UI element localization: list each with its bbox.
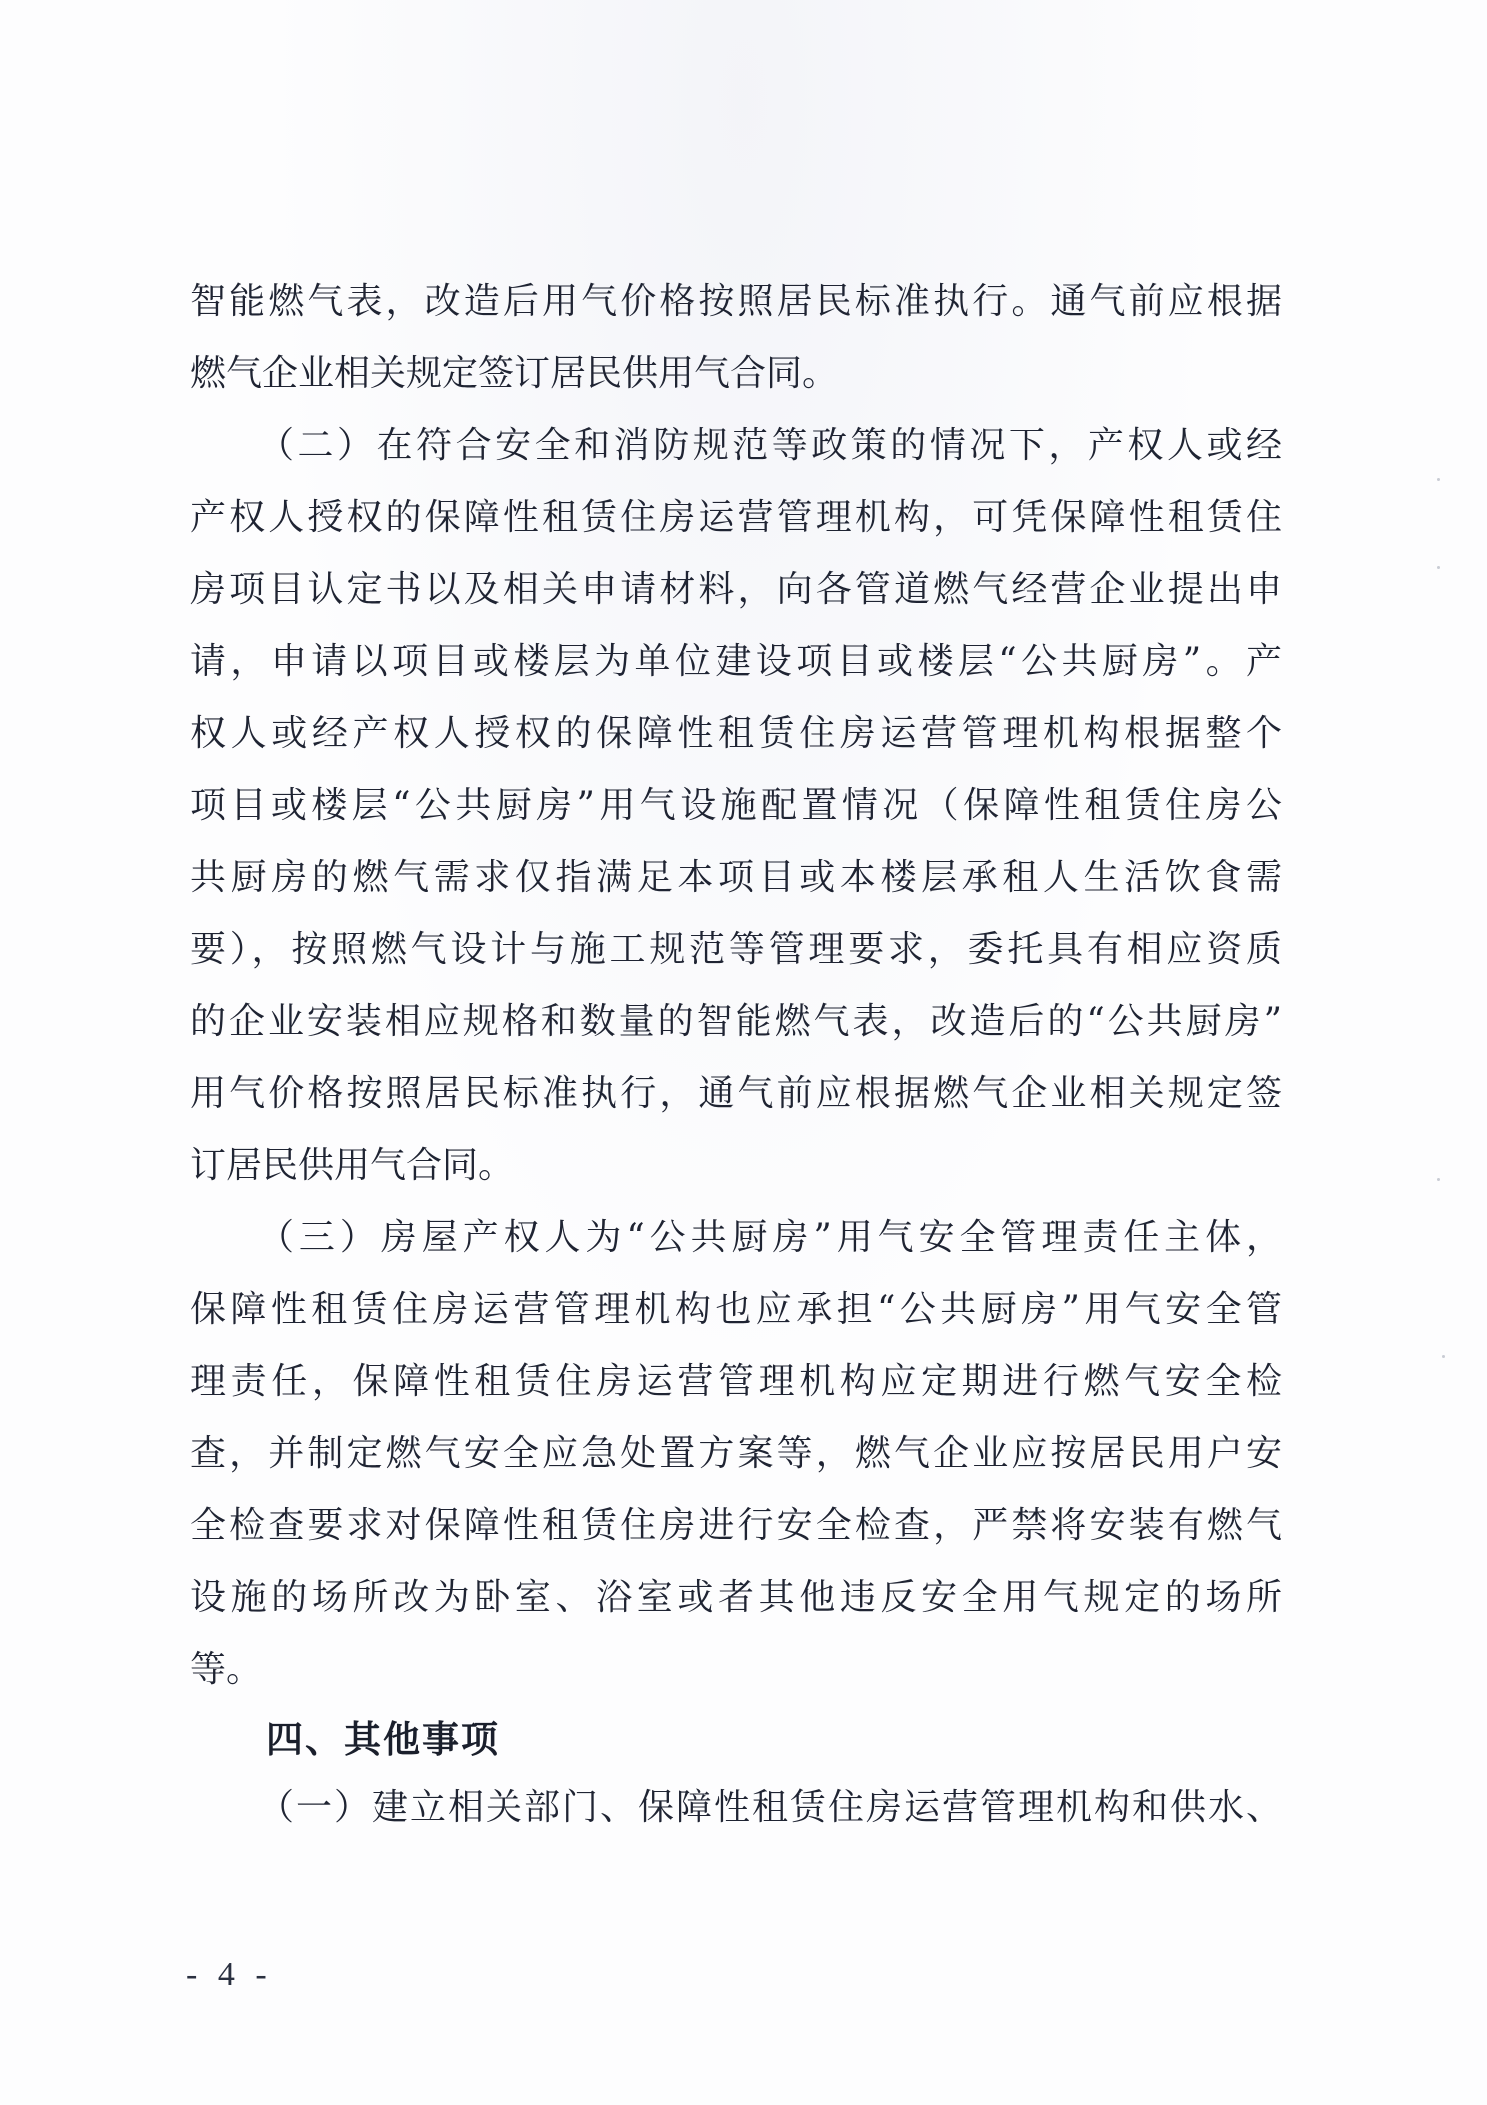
- text-line: 请，申请以项目或楼层为单位建设项目或楼层“公共厨房”。产: [190, 640, 1282, 684]
- text-line: 燃气企业相关规定签订居民供用气合同。: [190, 352, 1282, 396]
- text-line: 查，并制定燃气安全应急处置方案等，燃气企业应按居民用户安: [190, 1432, 1282, 1476]
- text-line: 用气价格按照居民标准执行，通气前应根据燃气企业相关规定签: [190, 1072, 1282, 1116]
- text-line: 理责任，保障性租赁住房运营管理机构应定期进行燃气安全检: [190, 1360, 1282, 1404]
- section-heading: 四、其他事项: [266, 1716, 500, 1764]
- text-line: 共厨房的燃气需求仅指满足本项目或本楼层承租人生活饮食需: [190, 856, 1282, 900]
- text-line: 设施的场所改为卧室、浴室或者其他违反安全用气规定的场所: [190, 1576, 1282, 1620]
- text-line: 的企业安装相应规格和数量的智能燃气表，改造后的“公共厨房”: [190, 1000, 1282, 1044]
- text-line: 要），按照燃气设计与施工规范等管理要求，委托具有相应资质: [190, 928, 1282, 972]
- section-4-item-1-first-line: （一）建立相关部门、保障性租赁住房运营管理机构和供水、: [258, 1786, 1282, 1830]
- scan-speck: [1437, 478, 1440, 481]
- text-line: 全检查要求对保障性租赁住房进行安全检查，严禁将安装有燃气: [190, 1504, 1282, 1548]
- text-line: 保障性租赁住房运营管理机构也应承担“公共厨房”用气安全管: [190, 1288, 1282, 1332]
- text-line: 智能燃气表，改造后用气价格按照居民标准执行。通气前应根据: [190, 280, 1282, 324]
- text-line: 等。: [190, 1648, 1282, 1692]
- text-line: 权人或经产权人授权的保障性租赁住房运营管理机构根据整个: [190, 712, 1282, 756]
- text-line: 产权人授权的保障性租赁住房运营管理机构，可凭保障性租赁住: [190, 496, 1282, 540]
- text-line: 订居民供用气合同。: [190, 1144, 1282, 1188]
- paragraph-3-first-line: （三）房屋产权人为“公共厨房”用气安全管理责任主体，: [258, 1216, 1282, 1260]
- scan-speck: [1437, 566, 1440, 569]
- text-line: 房项目认定书以及相关申请材料，向各管道燃气经营企业提出申: [190, 568, 1282, 612]
- text-line: 项目或楼层“公共厨房”用气设施配置情况（保障性租赁住房公: [190, 784, 1282, 828]
- page-number: - 4 -: [186, 1955, 273, 1995]
- scan-speck: [1442, 1355, 1445, 1358]
- scan-speck: [1437, 1178, 1440, 1181]
- paragraph-2-first-line: （二）在符合安全和消防规范等政策的情况下，产权人或经: [258, 424, 1282, 468]
- document-page: 智能燃气表，改造后用气价格按照居民标准执行。通气前应根据 燃气企业相关规定签订居…: [0, 0, 1487, 2105]
